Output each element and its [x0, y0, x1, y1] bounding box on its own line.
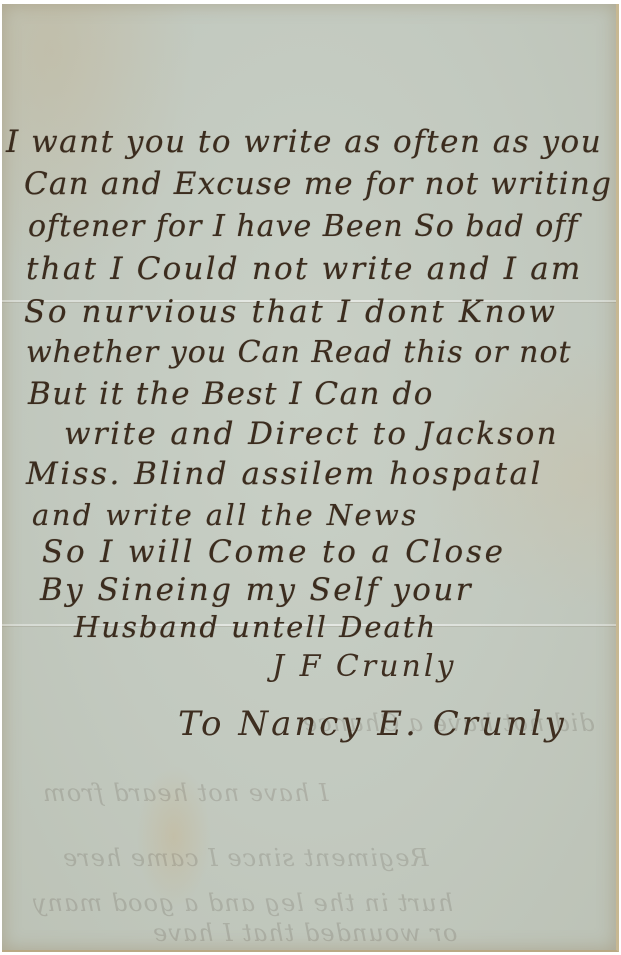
bleed-through-text: I have not heard from [42, 779, 328, 807]
bleed-through-text: Regiment since I came here [62, 844, 429, 872]
letter-line: oftener for I have Been So bad off [28, 209, 578, 244]
letter-line: that I Could not write and I am [26, 251, 582, 287]
letter-line: But it the Best I Can do [28, 376, 434, 412]
letter-line: By Sineing my Self your [40, 572, 473, 608]
letter-line: whether you Can Read this or not [26, 335, 572, 370]
letter-line: Husband untell Death [74, 610, 437, 644]
letter-line: Miss. Blind assilem hospatal [26, 456, 543, 492]
signature: J F Crunly [272, 649, 456, 684]
letter-line: and write all the News [32, 498, 419, 532]
letter-line: So nurvious that I dont Know [24, 294, 558, 330]
addressee-line: To Nancy E. Crunly [178, 704, 567, 744]
bleed-through-text: or wounded that I have [152, 919, 457, 947]
bleed-through-text: hurt in the leg and a good many [32, 889, 453, 917]
letter-page: did not have a Chance I have not heard f… [2, 4, 619, 952]
letter-line: Can and Excuse me for not writing [24, 166, 612, 202]
letter-line: I want you to write as often as you [6, 124, 602, 160]
letter-line: write and Direct to Jackson [64, 416, 559, 452]
letter-line: So I will Come to a Close [42, 534, 506, 570]
